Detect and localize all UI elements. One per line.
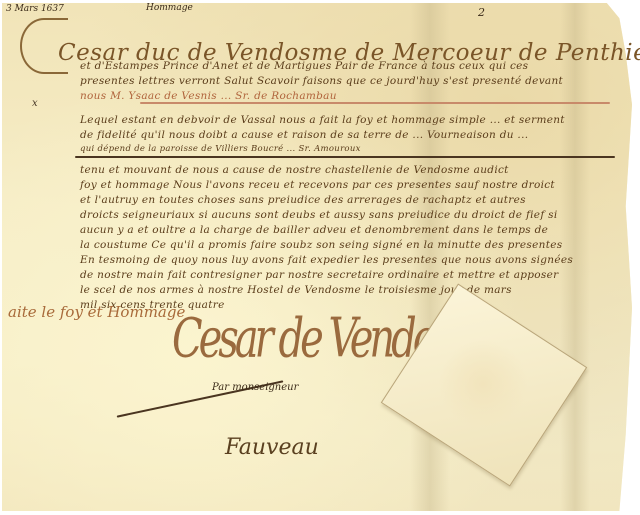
underline-rule bbox=[140, 102, 610, 104]
text-line: En tesmoing de quoy nous luy avons fait … bbox=[80, 254, 573, 266]
text-line: de nostre main fait contresigner par nos… bbox=[80, 269, 558, 281]
filler-rule bbox=[75, 156, 615, 158]
secretary-signature: Fauveau bbox=[225, 435, 319, 460]
text-line: foy et hommage Nous l'avons receu et rec… bbox=[80, 179, 555, 191]
margin-mark: x bbox=[32, 98, 38, 109]
text-line: Lequel estant en debvoir de Vassal nous … bbox=[80, 114, 565, 126]
text-line: et d'Estampes Prince d'Anet et de Martig… bbox=[80, 60, 528, 72]
top-note: Hommage bbox=[146, 3, 193, 13]
text-line: et l'autruy en toutes choses sans preiud… bbox=[80, 194, 526, 206]
countersign-label: Par monseigneur bbox=[212, 382, 298, 393]
date-note: 3 Mars 1637 bbox=[6, 4, 64, 14]
text-line: de fidelité qu'il nous doibt a cause et … bbox=[80, 129, 528, 141]
text-line: tenu et mouvant de nous a cause de nostr… bbox=[80, 164, 509, 176]
text-line: qui dépend de la paroisse de Villiers Bo… bbox=[80, 144, 361, 154]
page-mark: 2 bbox=[478, 6, 485, 19]
text-line: presentes lettres verront Salut Scavoir … bbox=[80, 75, 563, 87]
text-line: aucun y a et oultre a la charge de baill… bbox=[80, 224, 548, 236]
hommage-annotation: aite le foy et Hommage bbox=[8, 303, 185, 321]
text-line: la coustume Ce qu'il a promis faire soub… bbox=[80, 239, 562, 251]
text-line: nous M. Ysaac de Vesnis ... Sr. de Rocha… bbox=[80, 90, 337, 102]
text-line: le scel de nos armes à nostre Hostel de … bbox=[80, 284, 512, 296]
text-line: droicts seigneuriaux si aucuns sont deub… bbox=[80, 209, 557, 221]
